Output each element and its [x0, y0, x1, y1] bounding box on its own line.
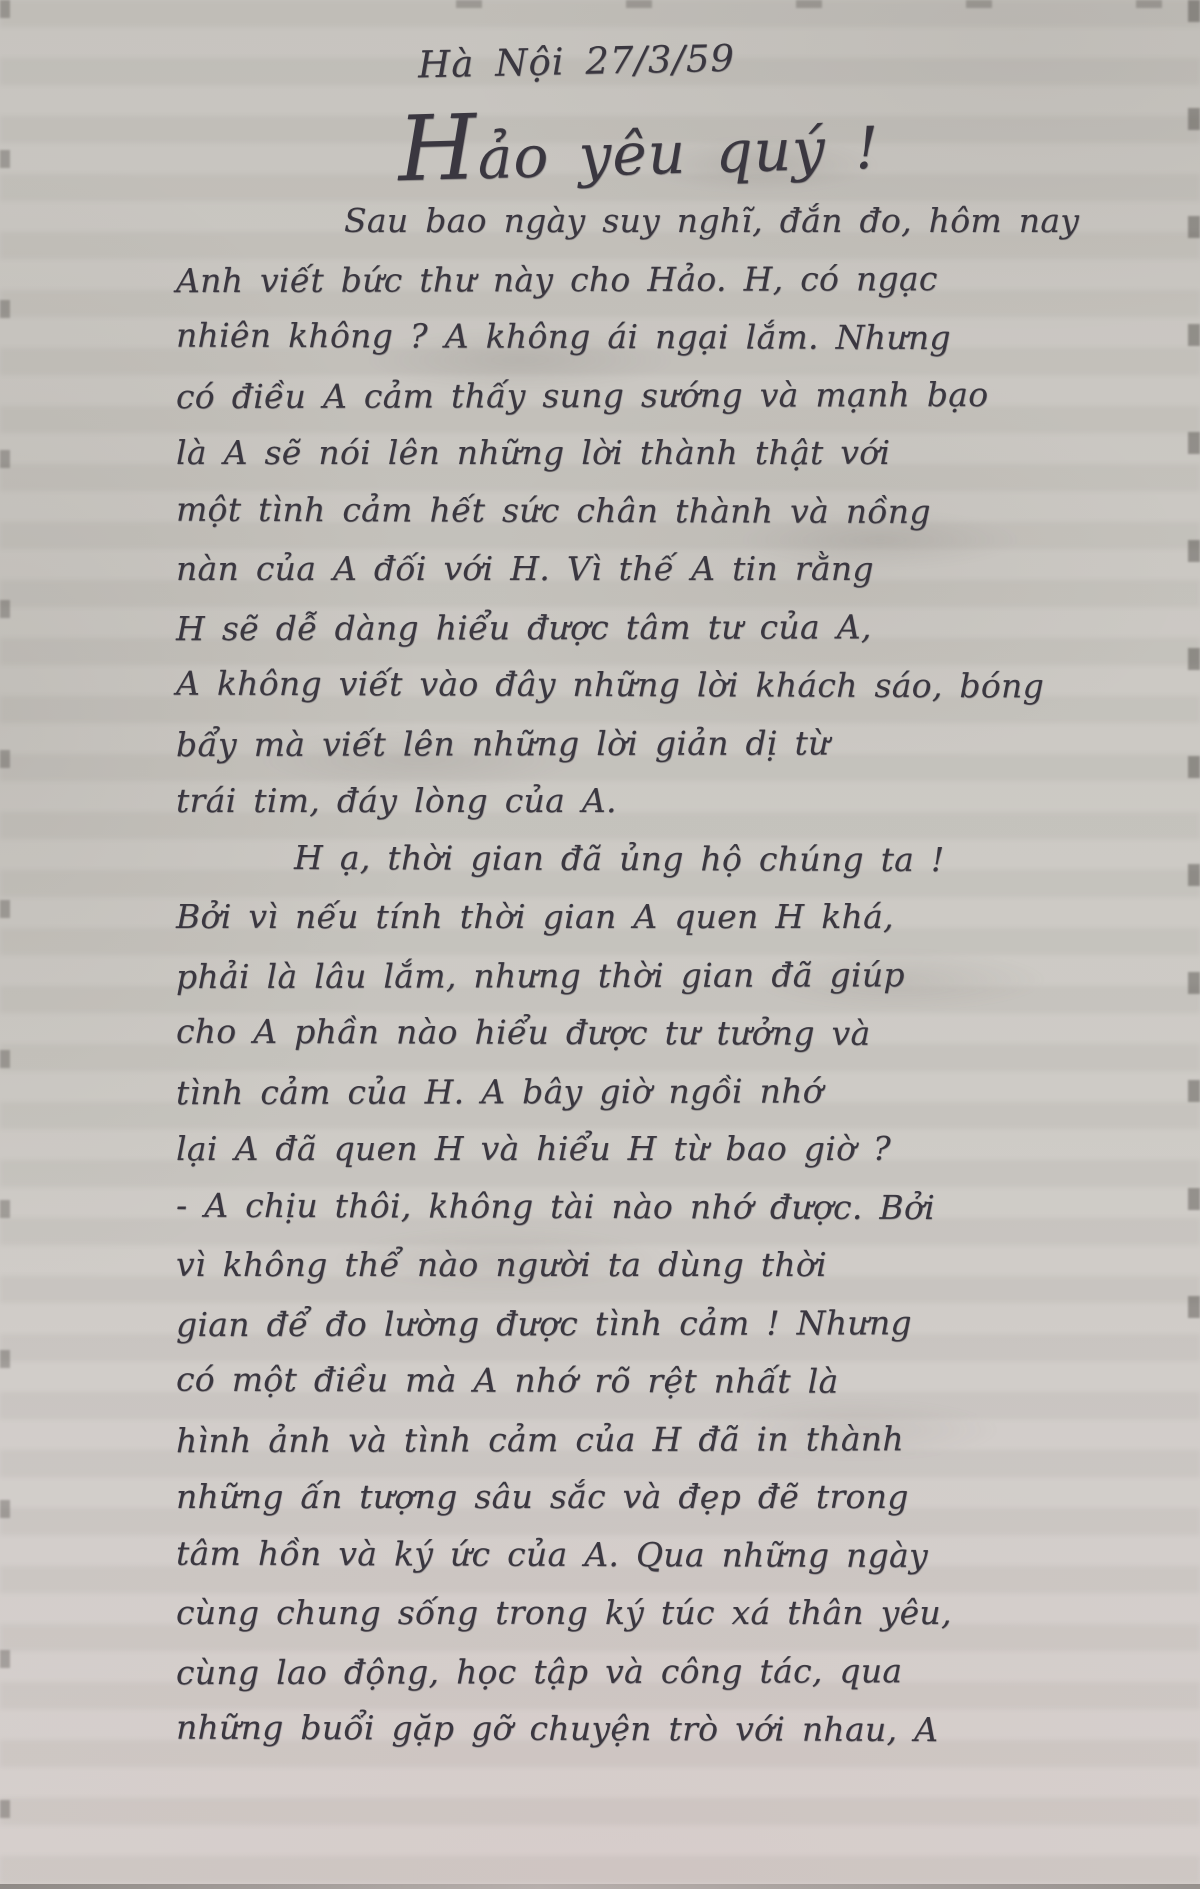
letter-line: những buổi gặp gỡ chuyện trò với nhau, A	[0, 1698, 1200, 1760]
letter-body: Sau bao ngày suy nghĩ, đắn đo, hôm nay A…	[0, 192, 1200, 1758]
letter-line: tâm hồn và ký ức của A. Qua những ngày	[0, 1524, 1200, 1586]
letter-line: hình ảnh và tình cảm của H đã in thành	[0, 1409, 1200, 1470]
letter-line: lại A đã quen H và hiểu H từ bao giờ ?	[0, 1120, 1200, 1178]
date-line: Hà Nội 27/3/59	[418, 37, 736, 87]
letter-line: H ạ, thời gian đã ủng hộ chúng ta !	[0, 828, 1200, 890]
letter-line: nhiên không ? A không ái ngại lắm. Nhưng	[0, 306, 1200, 368]
letter-line: H sẽ dễ dàng hiểu được tâm tư của A,	[0, 597, 1200, 658]
letter-line: phải là lâu lắm, nhưng thời gian đã giúp	[0, 945, 1200, 1006]
letter-line: cùng chung sống trong ký túc xá thân yêu…	[0, 1584, 1200, 1642]
letter-line: nàn của A đối với H. Vì thế A tin rằng	[0, 540, 1200, 598]
letter-line: A không viết vào đây những lời khách sáo…	[0, 654, 1200, 716]
letter-line: những ấn tượng sâu sắc và đẹp đẽ trong	[0, 1468, 1200, 1526]
letter-line: cùng lao động, học tập và công tác, qua	[0, 1641, 1200, 1702]
letter-line: vì không thể nào người ta dùng thời	[0, 1236, 1200, 1294]
letter-line: một tình cảm hết sức chân thành và nồng	[0, 480, 1200, 542]
letter-line: có một điều mà A nhớ rõ rệt nhất là	[0, 1350, 1200, 1412]
letter-line: trái tim, đáy lòng của A.	[0, 772, 1200, 830]
photo-edge-artifacts-top	[456, 0, 1200, 8]
salutation: Hảo yêu quý !	[397, 86, 881, 203]
letter-line: - A chịu thôi, không tài nào nhớ được. B…	[0, 1176, 1200, 1238]
letter-line: Bởi vì nếu tính thời gian A quen H khá,	[0, 888, 1200, 946]
letter-line: cho A phần nào hiểu được tư tưởng và	[0, 1002, 1200, 1064]
letter-line: là A sẽ nói lên những lời thành thật với	[0, 424, 1200, 482]
handwritten-letter-photo: Hà Nội 27/3/59 Hảo yêu quý ! Sau bao ngà…	[0, 0, 1200, 1889]
letter-line: có điều A cảm thấy sung sướng và mạnh bạ…	[0, 365, 1200, 426]
letter-line: tình cảm của H. A bây giờ ngồi nhớ	[0, 1061, 1200, 1122]
letter-line: Sau bao ngày suy nghĩ, đắn đo, hôm nay	[0, 192, 1200, 250]
letter-line: gian để đo lường được tình cảm ! Nhưng	[0, 1293, 1200, 1354]
letter-line: bẩy mà viết lên những lời giản dị từ	[0, 713, 1200, 774]
letter-line: Anh viết bức thư này cho Hảo. H, có ngạc	[0, 249, 1200, 310]
